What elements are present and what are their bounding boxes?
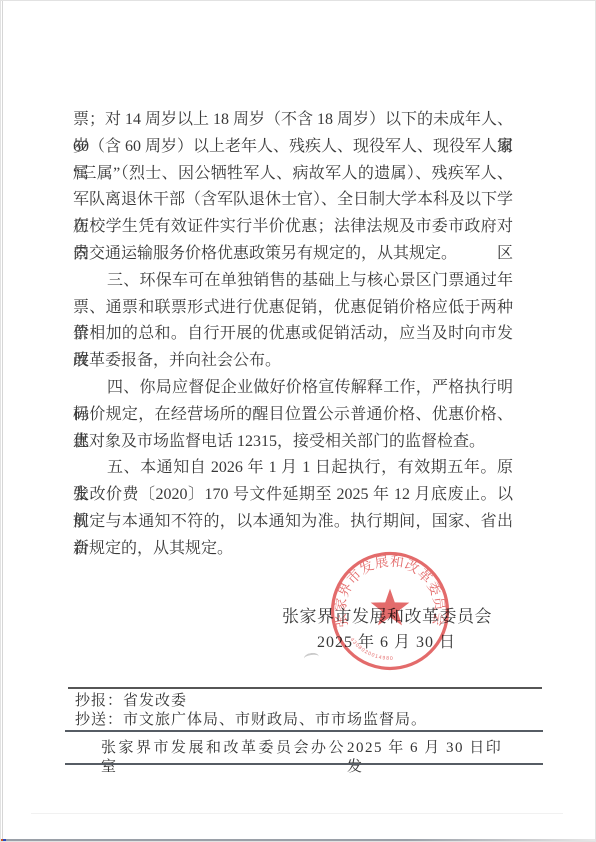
body-line: 改革委报备，并向社会公布。	[73, 348, 513, 375]
issue-row: 张家界市发展和改革委员会办公室 2025 年 6 月 30 日印发	[68, 739, 542, 777]
scan-artifact-faint-line	[31, 813, 563, 814]
scan-edge-line	[2, 1, 3, 842]
scanned-document-page: 票；对 14 周岁以上 18 周岁（不含 18 周岁）以下的未成年人、60 周岁…	[0, 0, 596, 842]
footer-separator-bottom	[65, 763, 543, 765]
body-line: 内交通运输服务价格优惠政策另有规定的，从其规定。	[73, 241, 513, 268]
scan-artifact-squiggle	[303, 652, 319, 663]
copy-distribution-block: 抄报：省发改委 抄送：市文旅广体局、市财政局、市市场监督局。	[75, 692, 427, 729]
body-line: 价相加的总和。自行开展的优惠或促销活动，应当及时向市发展	[73, 321, 513, 348]
issuing-office: 张家界市发展和改革委员会办公室	[101, 739, 347, 777]
body-line: 发改价费〔2020〕170 号文件延期至 2025 年 12 月底废止。以前	[73, 482, 513, 509]
footer-separator-middle	[65, 730, 543, 732]
issue-date: 2025 年 6 月 30 日印发	[347, 739, 508, 777]
body-line: 三、环保车可在单独销售的基础上与核心景区门票通过年	[73, 268, 513, 295]
body-line: 票、通票和联票形式进行优惠促销，优惠促销价格应低于两种票	[73, 295, 513, 322]
body-line: 惠对象及市场监督电话 12315，接受相关部门的监督检查。	[73, 429, 513, 456]
body-line: 五、本通知自 2026 年 1 月 1 日起执行，有效期五年。原张	[73, 455, 513, 482]
body-line: 票；对 14 周岁以上 18 周岁（不含 18 周岁）以下的未成年人、60 周	[73, 107, 513, 134]
footer-separator-top	[68, 687, 542, 689]
seal-star-icon	[371, 589, 410, 626]
body-line: 军队离退休干部（含军队退休士官）、全日制大学本科及以下学历	[73, 187, 513, 214]
copy-send-line: 抄送：市文旅广体局、市财政局、市市场监督局。	[75, 711, 427, 730]
official-seal: 张家界市发展和改革委员会 4308020014980	[329, 549, 451, 673]
body-line: 标价规定，在经营场所的醒目位置公示普通价格、优惠价格、优	[73, 402, 513, 429]
copy-report-line: 抄报：省发改委	[75, 692, 427, 711]
body-line: 四、你局应督促企业做好价格宣传解释工作，严格执行明码	[73, 375, 513, 402]
body-line: 在校学生凭有效证件实行半价优惠；法律法规及市委市政府对景区	[73, 214, 513, 241]
document-body: 票；对 14 周岁以上 18 周岁（不含 18 周岁）以下的未成年人、60 周岁…	[73, 107, 513, 563]
body-line: “三属”（烈士、因公牺牲军人、病故军人的遗属）、残疾军人、	[73, 161, 513, 188]
body-line: 规定与本通知不符的，以本通知为准。执行期间，国家、省出台	[73, 509, 513, 536]
body-line: 岁（含 60 周岁）以上老年人、残疾人、现役军人、现役军人家属、	[73, 134, 513, 161]
